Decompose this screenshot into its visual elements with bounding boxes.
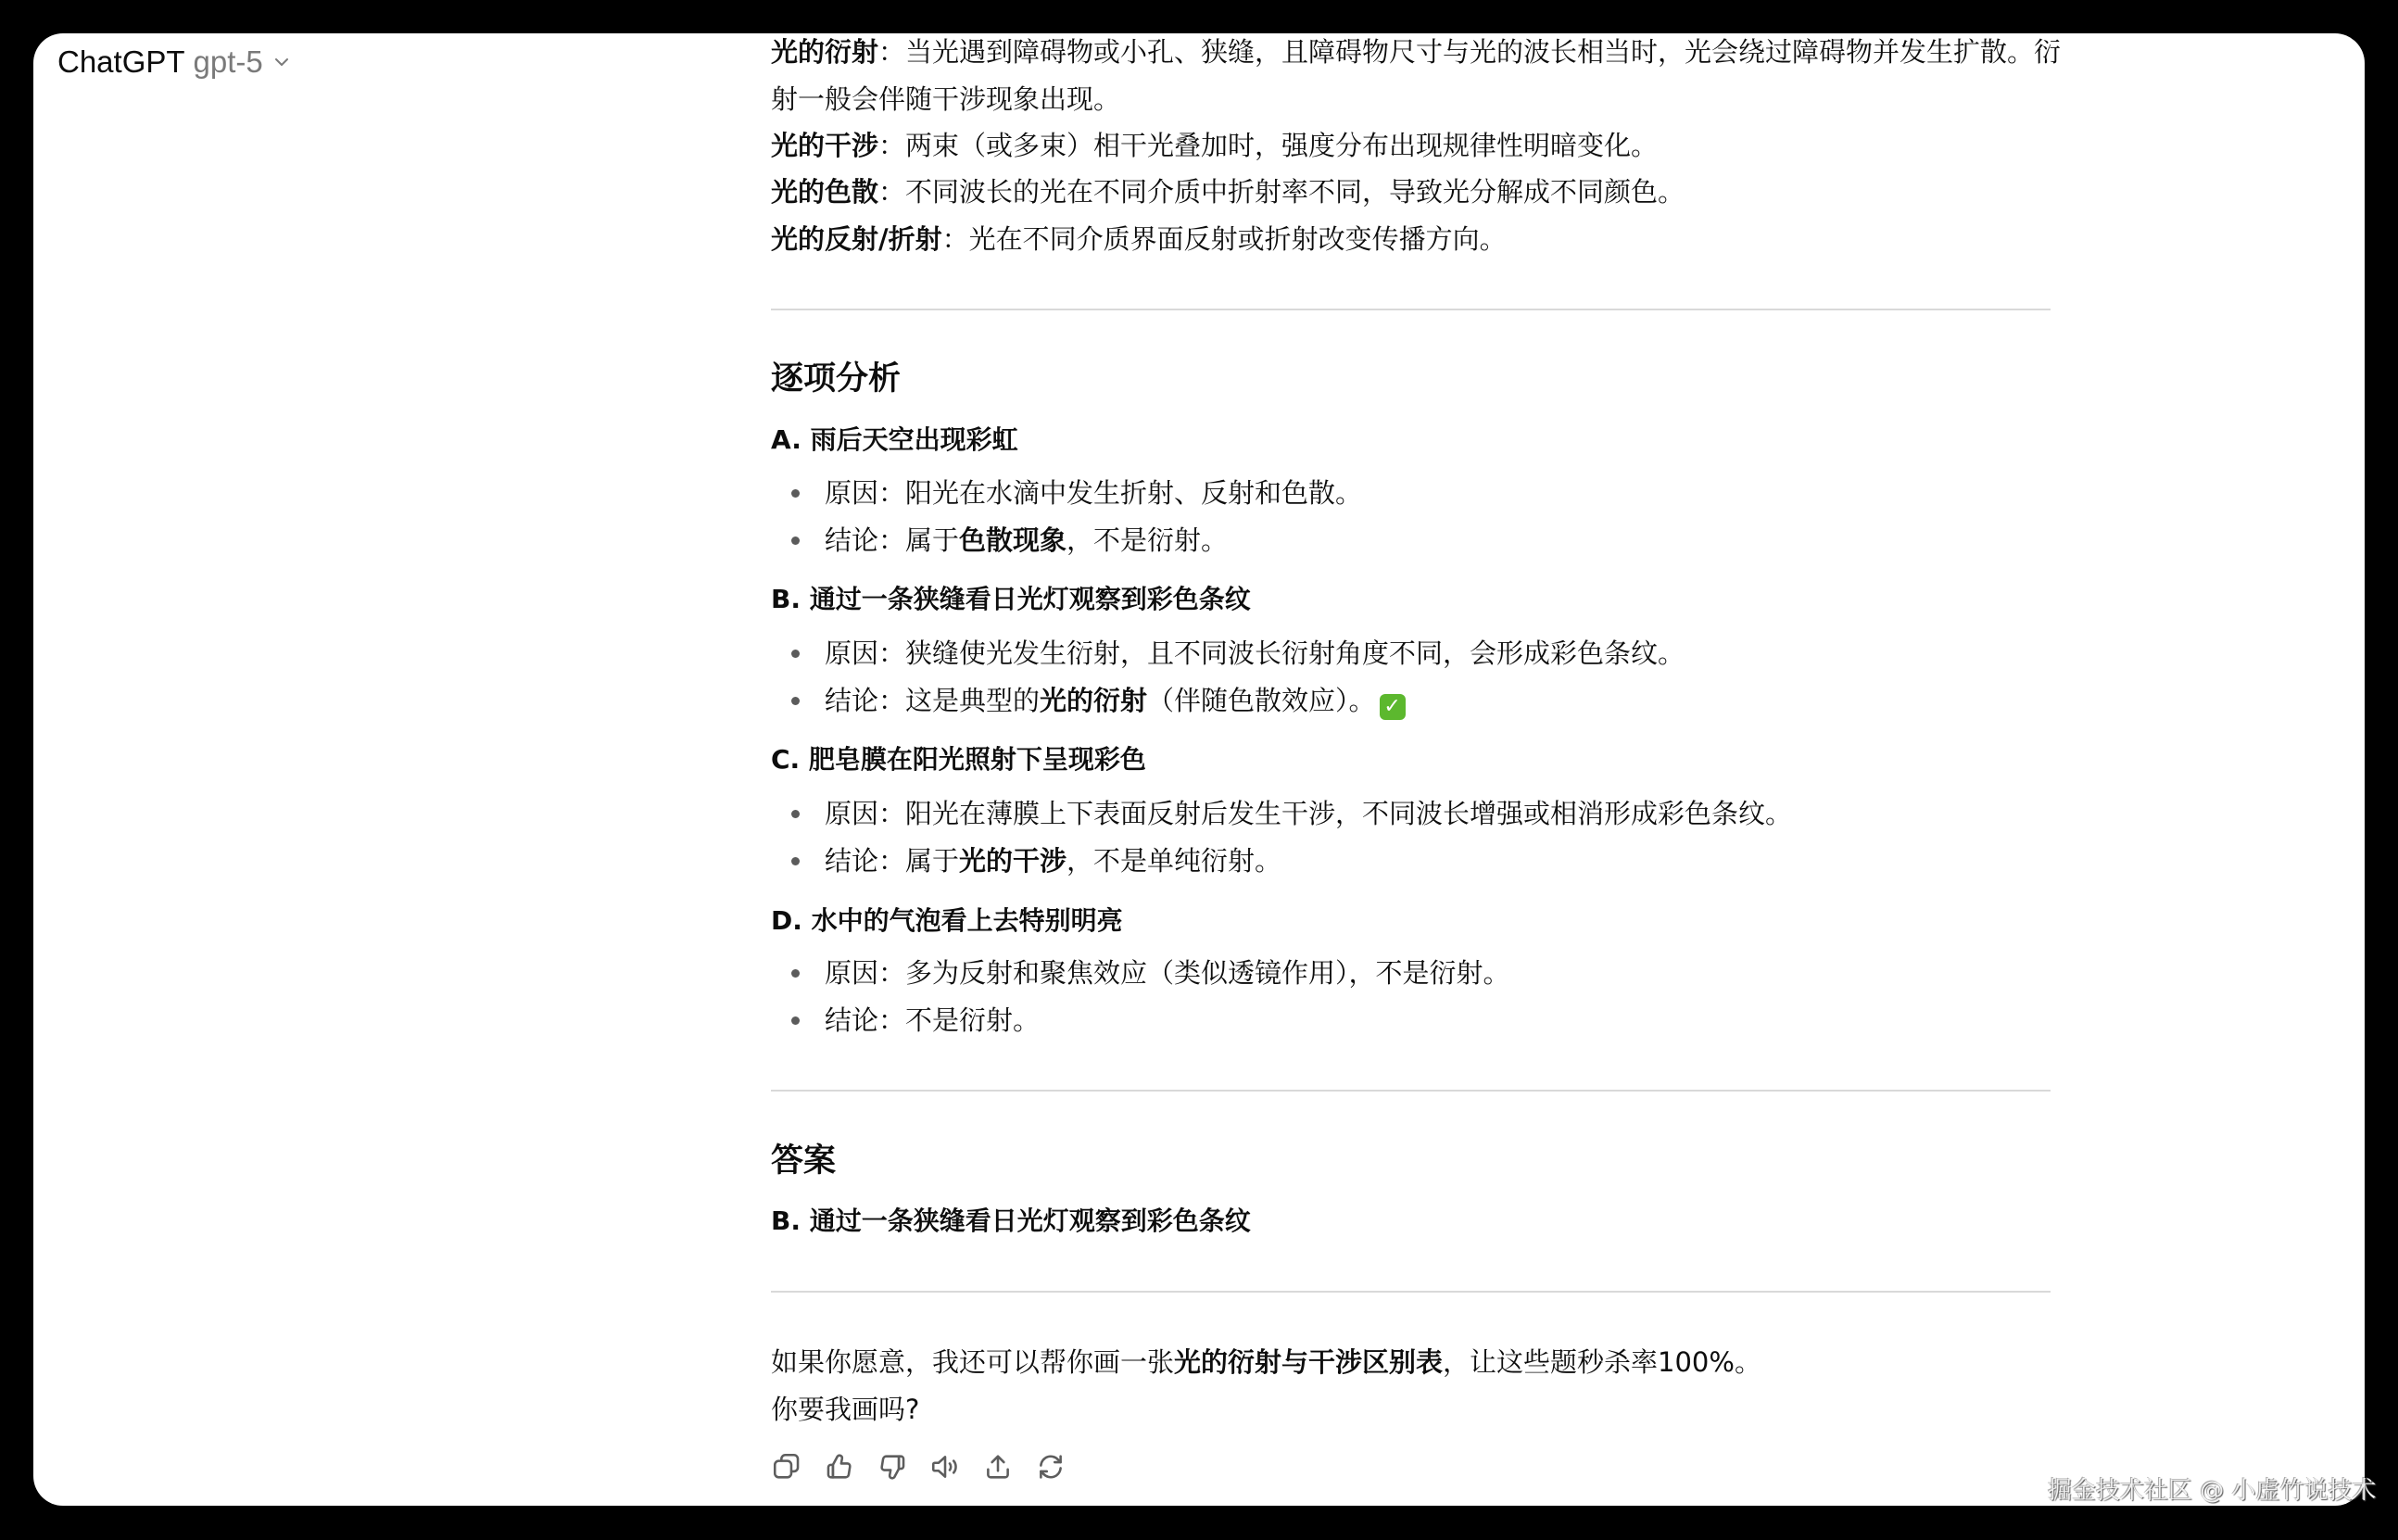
definition-reflection-refraction: 光的反射/折射：光在不同介质界面反射或折射改变传播方向。 <box>771 216 1507 263</box>
bullet-text: ，不是衍射。 <box>1066 524 1228 556</box>
watermark: 掘金技术社区 @ 小虚竹说技术 <box>2048 1471 2377 1506</box>
bullet-text: 结论：属于 <box>825 845 959 877</box>
answer-value: B. 通过一条狭缝看日光灯观察到彩色条纹 <box>771 1198 1251 1244</box>
list-item: 原因：狭缝使光发生衍射，且不同波长衍射角度不同，会形成彩色条纹。 <box>771 630 1685 677</box>
chat-window: ChatGPT gpt-5 光的衍射：当光遇到障碍物或小孔、狭缝，且障碍物尺寸与… <box>33 33 2365 1506</box>
copy-icon <box>771 1450 802 1497</box>
bad-response-button[interactable] <box>877 1457 929 1490</box>
term: 光的衍射 <box>771 36 878 68</box>
term: 光的反射/折射 <box>771 223 942 255</box>
check-mark-icon: ✓ <box>1380 694 1406 720</box>
definition-interference: 光的干涉：两束（或多束）相干光叠加时，强度分布出现规律性明暗变化。 <box>771 122 1658 170</box>
bullet-icon <box>791 697 800 705</box>
bullet-icon <box>791 650 800 658</box>
option-c-bullets: 原因：阳光在薄膜上下表面反射后发生干涉，不同波长增强或相消形成彩色条纹。 结论：… <box>771 790 1792 884</box>
bullet-icon <box>791 969 800 978</box>
followup-text: 如果你愿意，我还可以帮你画一张光的衍射与干涉区别表，让这些题秒杀率100%。 你… <box>771 1339 1761 1433</box>
bullet-emphasis: 色散现象 <box>959 524 1066 556</box>
copy-button[interactable] <box>771 1457 824 1490</box>
chevron-down-icon <box>272 53 291 71</box>
definition-text: 光在不同介质界面反射或折射改变传播方向。 <box>969 223 1507 255</box>
list-item: 结论：不是衍射。 <box>771 997 1510 1044</box>
definition-text: 两束（或多束）相干光叠加时，强度分布出现规律性明暗变化。 <box>905 130 1658 161</box>
bullet-icon <box>791 489 800 498</box>
bullet-text: 原因：阳光在薄膜上下表面反射后发生干涉，不同波长增强或相消形成彩色条纹。 <box>825 798 1792 829</box>
section-title-answer: 答案 <box>771 1138 836 1184</box>
bullet-text: 原因：多为反射和聚焦效应（类似透镜作用），不是衍射。 <box>825 957 1510 989</box>
separator: ： <box>878 130 905 161</box>
definition-diffraction: 光的衍射：当光遇到障碍物或小孔、狭缝，且障碍物尺寸与光的波长相当时，光会绕过障碍… <box>771 33 2061 122</box>
divider <box>771 1090 2051 1092</box>
message-actions <box>771 1457 1088 1490</box>
bullet-icon <box>791 857 800 865</box>
bullet-icon <box>791 1016 800 1025</box>
followup-emphasis: 光的衍射与干涉区别表 <box>1174 1346 1443 1378</box>
bullet-text: （伴随色散效应）。 <box>1147 685 1376 716</box>
bullet-text: 原因：阳光在水滴中发生折射、反射和色散。 <box>825 477 1362 509</box>
speaker-icon <box>929 1450 961 1497</box>
list-item: 结论：这是典型的光的衍射（伴随色散效应）。✓ <box>771 677 1685 725</box>
bullet-text: 原因：狭缝使光发生衍射，且不同波长衍射角度不同，会形成彩色条纹。 <box>825 637 1685 669</box>
bullet-icon <box>791 536 800 545</box>
read-aloud-button[interactable] <box>929 1457 982 1490</box>
definition-dispersion: 光的色散：不同波长的光在不同介质中折射率不同，导致光分解成不同颜色。 <box>771 169 1685 216</box>
definition-text: 不同波长的光在不同介质中折射率不同，导致光分解成不同颜色。 <box>905 176 1685 208</box>
refresh-icon <box>1035 1450 1066 1497</box>
section-title-analysis: 逐项分析 <box>771 356 901 402</box>
model-selector[interactable]: ChatGPT gpt-5 <box>57 41 291 83</box>
option-b-heading: B. 通过一条狭缝看日光灯观察到彩色条纹 <box>771 576 1251 623</box>
term: 光的干涉 <box>771 130 878 161</box>
term: 光的色散 <box>771 176 878 208</box>
definition-text: 当光遇到障碍物或小孔、狭缝，且障碍物尺寸与光的波长相当时，光会绕过障碍物并发生扩… <box>905 36 2061 68</box>
separator: ： <box>942 223 969 255</box>
list-item: 结论：属于光的干涉，不是单纯衍射。 <box>771 838 1792 885</box>
list-item: 结论：属于色散现象，不是衍射。 <box>771 517 1362 564</box>
list-item: 原因：多为反射和聚焦效应（类似透镜作用），不是衍射。 <box>771 950 1510 997</box>
separator: ： <box>878 36 905 68</box>
divider <box>771 309 2051 310</box>
thumbs-up-icon <box>824 1450 855 1497</box>
bullet-emphasis: 光的衍射 <box>1040 685 1147 716</box>
thumbs-down-icon <box>877 1450 908 1497</box>
bullet-icon <box>791 810 800 818</box>
separator: ： <box>878 176 905 208</box>
option-b-bullets: 原因：狭缝使光发生衍射，且不同波长衍射角度不同，会形成彩色条纹。 结论：这是典型… <box>771 630 1685 724</box>
bullet-text: 结论：不是衍射。 <box>825 1004 1040 1036</box>
model-name: gpt-5 <box>194 44 263 80</box>
followup-text-part: 如果你愿意，我还可以帮你画一张 <box>771 1346 1174 1378</box>
option-a-heading: A. 雨后天空出现彩虹 <box>771 417 1018 463</box>
definition-text-cont: 射一般会伴随干涉现象出现。 <box>771 83 1120 115</box>
list-item: 原因：阳光在薄膜上下表面反射后发生干涉，不同波长增强或相消形成彩色条纹。 <box>771 790 1792 838</box>
bullet-text: 结论：属于 <box>825 524 959 556</box>
share-button[interactable] <box>982 1457 1035 1490</box>
option-c-heading: C. 肥皂膜在阳光照射下呈现彩色 <box>771 737 1146 783</box>
share-icon <box>982 1450 1014 1497</box>
bullet-text: ，不是单纯衍射。 <box>1066 845 1281 877</box>
followup-text-part: ，让这些题秒杀率100%。 <box>1443 1346 1761 1378</box>
option-d-bullets: 原因：多为反射和聚焦效应（类似透镜作用），不是衍射。 结论：不是衍射。 <box>771 950 1510 1043</box>
list-item: 原因：阳光在水滴中发生折射、反射和色散。 <box>771 470 1362 517</box>
bullet-emphasis: 光的干涉 <box>959 845 1066 877</box>
bullet-text: 结论：这是典型的 <box>825 685 1040 716</box>
app-title: ChatGPT <box>57 44 185 80</box>
regenerate-button[interactable] <box>1035 1457 1088 1490</box>
good-response-button[interactable] <box>824 1457 877 1490</box>
divider <box>771 1291 2051 1293</box>
followup-question: 你要我画吗? <box>771 1394 919 1425</box>
option-a-bullets: 原因：阳光在水滴中发生折射、反射和色散。 结论：属于色散现象，不是衍射。 <box>771 470 1362 563</box>
option-d-heading: D. 水中的气泡看上去特别明亮 <box>771 898 1123 944</box>
